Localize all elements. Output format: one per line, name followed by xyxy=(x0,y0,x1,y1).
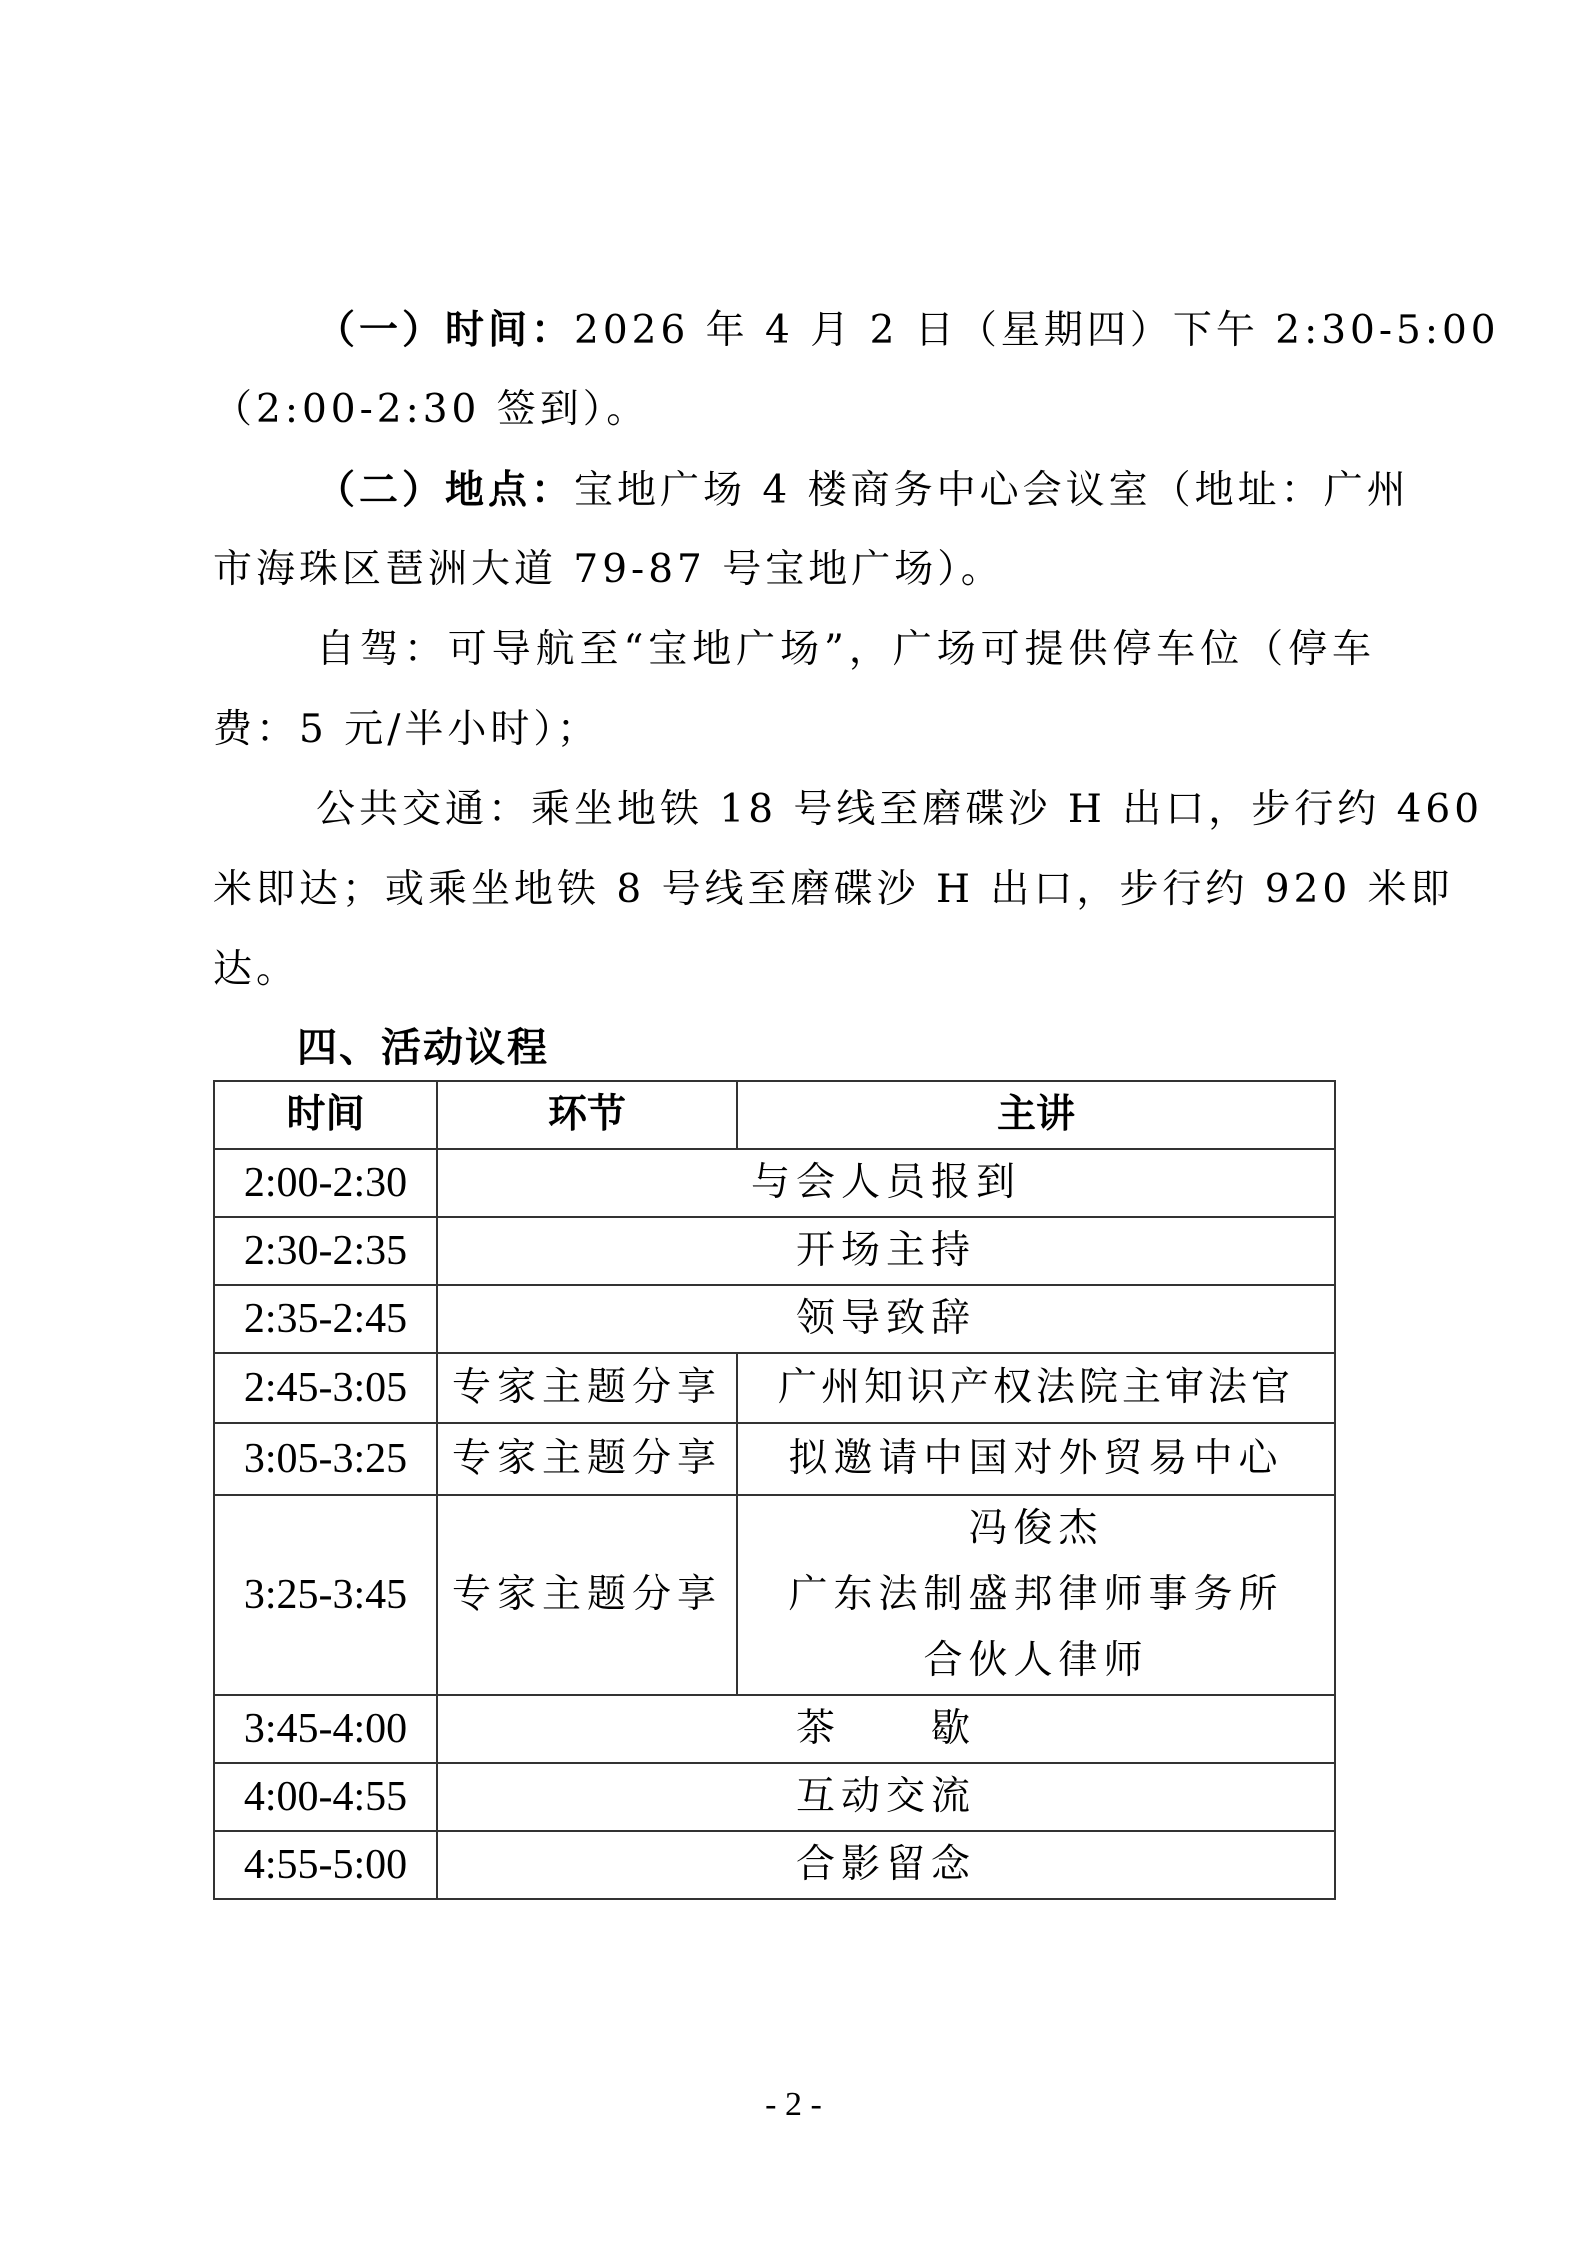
driving-paragraph-line-2: 费：5 元/半小时）； xyxy=(213,690,1375,770)
agenda-time-cell: 4:55-5:00 xyxy=(214,1831,437,1899)
table-row: 2:35-2:45 领导致辞 xyxy=(214,1285,1335,1353)
document-page: （一）时间：2026 年 4 月 2 日（星期四）下午 2:30-5:00 （2… xyxy=(0,0,1587,2245)
agenda-segment-cell: 专家主题分享 xyxy=(437,1495,737,1695)
table-row: 3:45-4:00 茶 歇 xyxy=(214,1695,1335,1763)
agenda-activity-cell: 合影留念 xyxy=(437,1831,1335,1899)
table-row: 3:25-3:45 专家主题分享 冯俊杰 广东法制盛邦律师事务所 合伙人律师 xyxy=(214,1495,1335,1695)
speaker-name: 冯俊杰 xyxy=(738,1496,1334,1562)
transit-paragraph-line-2: 米即达；或乘坐地铁 8 号线至磨碟沙 H 出口，步行约 920 米即 xyxy=(213,850,1375,930)
agenda-time-cell: 4:00-4:55 xyxy=(214,1763,437,1831)
agenda-header-row: 时间 环节 主讲 xyxy=(214,1081,1335,1149)
table-row: 4:00-4:55 互动交流 xyxy=(214,1763,1335,1831)
agenda-time-cell: 2:00-2:30 xyxy=(214,1149,437,1217)
agenda-activity-cell: 开场主持 xyxy=(437,1217,1335,1285)
agenda-table: 时间 环节 主讲 2:00-2:30 与会人员报到 2:30-2:35 开场主持… xyxy=(213,1080,1336,1900)
speaker-title: 合伙人律师 xyxy=(738,1628,1334,1694)
table-row: 4:55-5:00 合影留念 xyxy=(214,1831,1335,1899)
location-paragraph-line-1: （二）地点：宝地广场 4 楼商务中心会议室（地址：广州 xyxy=(316,450,1375,530)
page-number: - 2 - xyxy=(0,2080,1587,2130)
time-paragraph-line-1: （一）时间：2026 年 4 月 2 日（星期四）下午 2:30-5:00 xyxy=(316,290,1375,370)
speaker-organization: 广东法制盛邦律师事务所 xyxy=(738,1562,1334,1628)
agenda-activity-cell: 茶 歇 xyxy=(437,1695,1335,1763)
column-header-speaker: 主讲 xyxy=(737,1081,1335,1149)
table-row: 3:05-3:25 专家主题分享 拟邀请中国对外贸易中心 xyxy=(214,1423,1335,1495)
table-row: 2:30-2:35 开场主持 xyxy=(214,1217,1335,1285)
driving-paragraph-line-1: 自驾：可导航至“宝地广场”，广场可提供停车位（停车 xyxy=(316,610,1375,690)
agenda-time-cell: 2:35-2:45 xyxy=(214,1285,437,1353)
agenda-speaker-cell: 冯俊杰 广东法制盛邦律师事务所 合伙人律师 xyxy=(737,1495,1335,1695)
transit-paragraph-line-3: 达。 xyxy=(213,930,1375,1010)
agenda-speaker-cell: 拟邀请中国对外贸易中心 xyxy=(737,1423,1335,1495)
agenda-segment-cell: 专家主题分享 xyxy=(437,1423,737,1495)
column-header-time: 时间 xyxy=(214,1081,437,1149)
agenda-segment-cell: 专家主题分享 xyxy=(437,1353,737,1423)
time-value: 2026 年 4 月 2 日（星期四）下午 2:30-5:00 xyxy=(574,308,1500,353)
location-value: 宝地广场 4 楼商务中心会议室（地址：广州 xyxy=(574,468,1410,513)
column-header-segment: 环节 xyxy=(437,1081,737,1149)
agenda-heading: 四、活动议程 xyxy=(297,1018,549,1078)
location-paragraph-line-2: 市海珠区琶洲大道 79-87 号宝地广场）。 xyxy=(213,530,1375,610)
agenda-activity-cell: 互动交流 xyxy=(437,1763,1335,1831)
agenda-time-cell: 3:05-3:25 xyxy=(214,1423,437,1495)
agenda-time-cell: 3:25-3:45 xyxy=(214,1495,437,1695)
agenda-time-cell: 3:45-4:00 xyxy=(214,1695,437,1763)
agenda-speaker-cell: 广州知识产权法院主审法官 xyxy=(737,1353,1335,1423)
time-label: （一）时间： xyxy=(316,307,574,353)
agenda-time-cell: 2:30-2:35 xyxy=(214,1217,437,1285)
agenda-activity-cell: 领导致辞 xyxy=(437,1285,1335,1353)
transit-paragraph-line-1: 公共交通：乘坐地铁 18 号线至磨碟沙 H 出口，步行约 460 xyxy=(316,770,1375,850)
agenda-time-cell: 2:45-3:05 xyxy=(214,1353,437,1423)
agenda-activity-cell: 与会人员报到 xyxy=(437,1149,1335,1217)
time-paragraph-line-2: （2:00-2:30 签到）。 xyxy=(213,370,1375,450)
table-row: 2:45-3:05 专家主题分享 广州知识产权法院主审法官 xyxy=(214,1353,1335,1423)
table-row: 2:00-2:30 与会人员报到 xyxy=(214,1149,1335,1217)
location-label: （二）地点： xyxy=(316,467,574,513)
